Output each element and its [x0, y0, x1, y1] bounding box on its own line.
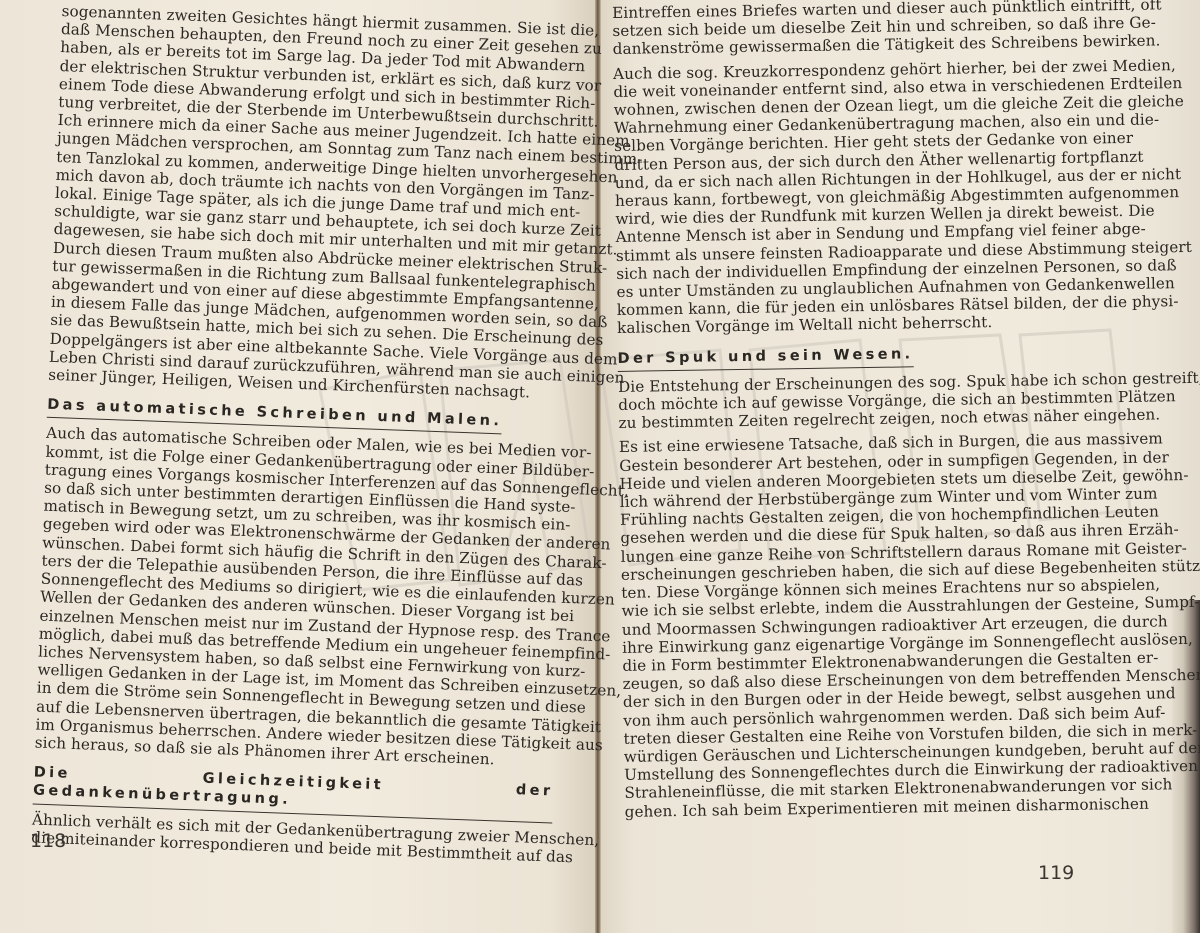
left-page-text: sogenannten zweiten Gesichtes hängt hier…	[31, 2, 582, 871]
paragraph: Auch das automatische Schreiben oder Mal…	[35, 424, 567, 770]
paragraph: Die Entstehung der Erscheinungen des sog…	[618, 370, 1131, 433]
page-number-right: 119	[1038, 862, 1074, 884]
open-book-spread: sogenannten zweiten Gesichtes hängt hier…	[0, 0, 1200, 933]
right-page-text: Eintreffen eines Briefes warten und dies…	[612, 0, 1137, 827]
paragraph: sogenannten zweiten Gesichtes hängt hier…	[48, 2, 582, 403]
paragraph: Auch die sog. Kreuzkorrespondenz gehört …	[613, 57, 1129, 338]
paragraph: Es ist eine erwiesene Tatsache, daß sich…	[619, 430, 1137, 820]
paragraph: Eintreffen eines Briefes warten und dies…	[612, 0, 1125, 59]
section-heading: Der Spuk und sein Wesen.	[617, 339, 913, 372]
page-number-left: 118	[30, 830, 66, 852]
